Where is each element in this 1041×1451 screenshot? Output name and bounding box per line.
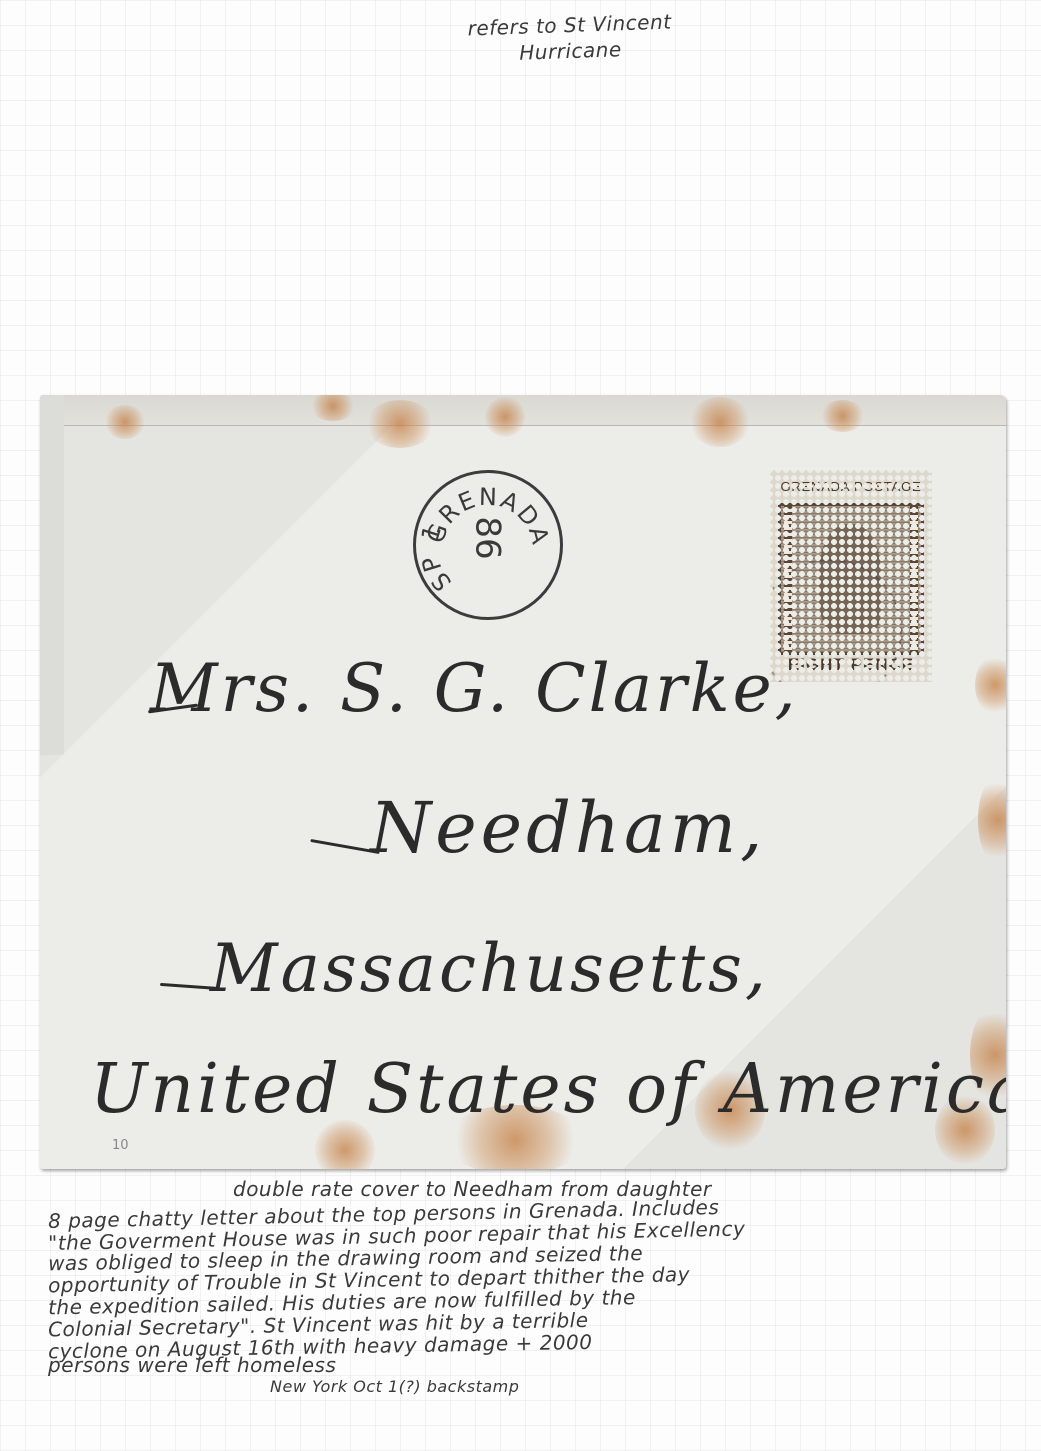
album-page-heading-note: refers to St Vincent Hurricane	[439, 7, 701, 68]
envelope-cover: GRENADA SP 18 86 GRENADA POSTAGE EIGHT P…	[40, 395, 1006, 1169]
pencil-price-mark: 10	[112, 1138, 129, 1153]
address-town: Needham,	[370, 787, 766, 869]
foxing-stain	[485, 397, 525, 437]
stamp-country-label: GRENADA POSTAGE	[776, 479, 926, 494]
foxing-stain	[365, 400, 435, 448]
collector-notes: double rate cover to Needham from daught…	[48, 1178, 1008, 1398]
foxing-stain	[820, 400, 865, 432]
grenada-postmark: GRENADA SP 18 86	[413, 470, 563, 620]
envelope-insert-edge	[40, 395, 64, 756]
address-state: Massachusetts,	[210, 930, 769, 1007]
postmark-year: 86	[468, 516, 508, 559]
foxing-stain	[105, 405, 145, 439]
addressee-name: Mrs. S. G. Clarke,	[150, 650, 799, 727]
address-country: United States of America.	[90, 1050, 1006, 1129]
note-line: New York Oct 1(?) backstamp	[48, 1376, 1008, 1398]
foxing-stain	[690, 397, 750, 447]
